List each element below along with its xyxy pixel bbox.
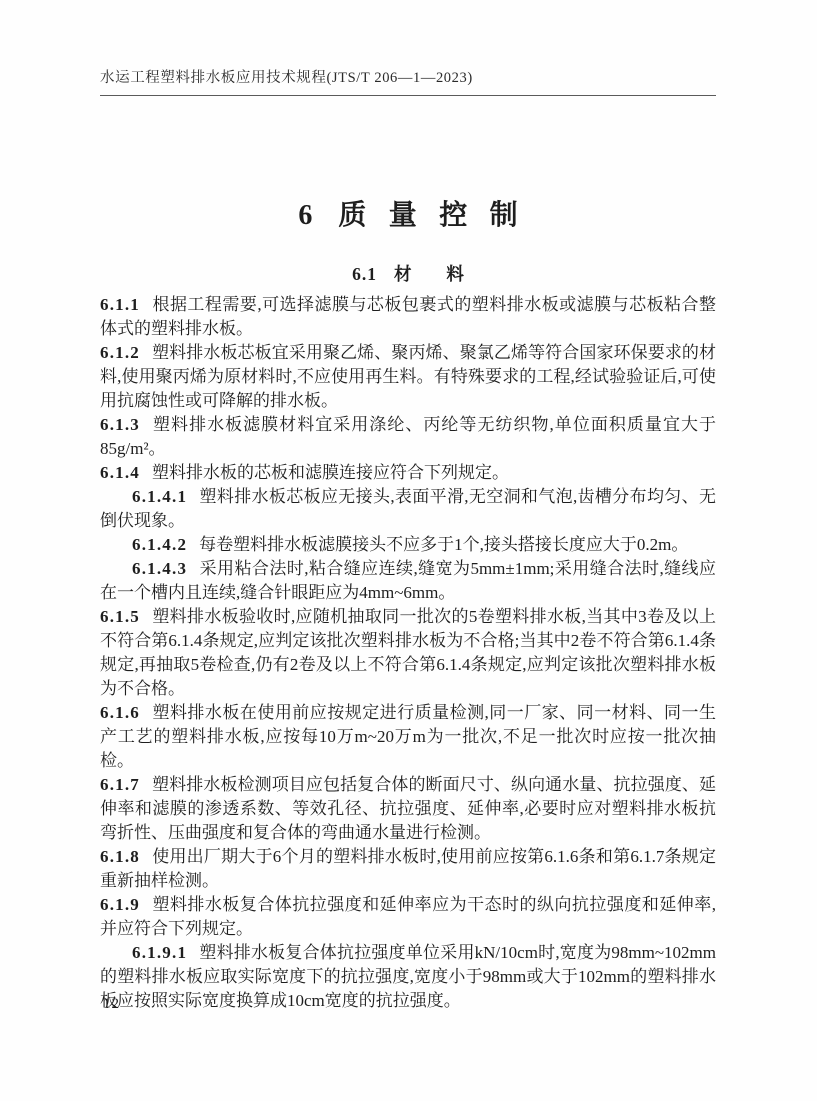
clause-text: 塑料排水板滤膜材料宜采用涤纶、丙纶等无纺织物,单位面积质量宜大于85g/m²。 [100,415,716,458]
clause-text: 使用出厂期大于6个月的塑料排水板时,使用前应按第6.1.6条和第6.1.7条规定… [100,847,716,890]
clause-paragraph: 6.1.4.2每卷塑料排水板滤膜接头不应多于1个,接头搭接长度应大于0.2m。 [100,533,716,557]
clause-text: 根据工程需要,可选择滤膜与芯板包裹式的塑料排水板或滤膜与芯板粘合整体式的塑料排水… [100,295,716,338]
clause-number: 6.1.2 [100,343,140,362]
section-number: 6.1 [352,264,377,284]
clause-text: 塑料排水板复合体抗拉强度和延伸率应为干态时的纵向抗拉强度和延伸率,并应符合下列规… [100,895,716,938]
chapter-title: 质量控制 [338,200,540,231]
section-heading: 6.1材 料 [100,261,716,286]
clause-number: 6.1.4.2 [132,535,187,554]
running-header: 水运工程塑料排水板应用技术规程(JTS/T 206—1—2023) [100,66,716,96]
clause-text: 塑料排水板验收时,应随机抽取同一批次的5卷塑料排水板,当其中3卷及以上不符合第6… [100,607,716,698]
clause-number: 6.1.7 [100,775,140,794]
clause-paragraph: 6.1.8使用出厂期大于6个月的塑料排水板时,使用前应按第6.1.6条和第6.1… [100,845,716,893]
clause-number: 6.1.8 [100,847,140,866]
clause-number: 6.1.9.1 [132,943,187,962]
clause-paragraph: 6.1.5塑料排水板验收时,应随机抽取同一批次的5卷塑料排水板,当其中3卷及以上… [100,605,716,701]
clause-paragraph: 6.1.1根据工程需要,可选择滤膜与芯板包裹式的塑料排水板或滤膜与芯板粘合整体式… [100,293,716,341]
clause-text: 塑料排水板检测项目应包括复合体的断面尺寸、纵向通水量、抗拉强度、延伸率和滤膜的渗… [100,775,716,842]
clause-paragraph: 6.1.9塑料排水板复合体抗拉强度和延伸率应为干态时的纵向抗拉强度和延伸率,并应… [100,893,716,941]
clause-text: 塑料排水板在使用前应按规定进行质量检测,同一厂家、同一材料、同一生产工艺的塑料排… [100,703,716,770]
clause-paragraph: 6.1.6塑料排水板在使用前应按规定进行质量检测,同一厂家、同一材料、同一生产工… [100,701,716,773]
clause-number: 6.1.3 [100,415,140,434]
clause-number: 6.1.9 [100,895,140,914]
clause-text: 塑料排水板的芯板和滤膜连接应符合下列规定。 [152,463,509,482]
clause-text: 塑料排水板复合体抗拉强度单位采用kN/10cm时,宽度为98mm~102mm的塑… [100,943,716,1010]
chapter-number: 6 [298,200,312,231]
clause-number: 6.1.1 [100,295,140,314]
clause-paragraph: 6.1.7塑料排水板检测项目应包括复合体的断面尺寸、纵向通水量、抗拉强度、延伸率… [100,773,716,845]
clause-number: 6.1.4 [100,463,140,482]
clause-number: 6.1.4.1 [132,487,187,506]
clause-paragraph: 6.1.4.1塑料排水板芯板应无接头,表面平滑,无空洞和气泡,齿槽分布均匀、无倒… [100,485,716,533]
document-page: 水运工程塑料排水板应用技术规程(JTS/T 206—1—2023) 6质量控制 … [0,0,817,1101]
clause-paragraph: 6.1.4塑料排水板的芯板和滤膜连接应符合下列规定。 [100,461,716,485]
clause-paragraph: 6.1.4.3采用粘合法时,粘合缝应连续,缝宽为5mm±1mm;采用缝合法时,缝… [100,557,716,605]
clause-paragraph: 6.1.2塑料排水板芯板宜采用聚乙烯、聚丙烯、聚氯乙烯等符合国家环保要求的材料,… [100,341,716,413]
page-number: 12 [103,996,120,1013]
clause-number: 6.1.6 [100,703,140,722]
section-title: 材 料 [394,264,464,284]
clause-paragraph: 6.1.3塑料排水板滤膜材料宜采用涤纶、丙纶等无纺织物,单位面积质量宜大于85g… [100,413,716,461]
clause-number: 6.1.4.3 [132,559,187,578]
clause-text: 采用粘合法时,粘合缝应连续,缝宽为5mm±1mm;采用缝合法时,缝线应在一个槽内… [100,559,716,602]
clause-list: 6.1.1根据工程需要,可选择滤膜与芯板包裹式的塑料排水板或滤膜与芯板粘合整体式… [100,293,716,1013]
clause-text: 塑料排水板芯板宜采用聚乙烯、聚丙烯、聚氯乙烯等符合国家环保要求的材料,使用聚丙烯… [100,343,716,410]
clause-text: 每卷塑料排水板滤膜接头不应多于1个,接头搭接长度应大于0.2m。 [199,535,688,554]
clause-number: 6.1.5 [100,607,140,626]
clause-text: 塑料排水板芯板应无接头,表面平滑,无空洞和气泡,齿槽分布均匀、无倒伏现象。 [100,487,716,530]
clause-paragraph: 6.1.9.1塑料排水板复合体抗拉强度单位采用kN/10cm时,宽度为98mm~… [100,941,716,1013]
chapter-heading: 6质量控制 [100,193,716,233]
